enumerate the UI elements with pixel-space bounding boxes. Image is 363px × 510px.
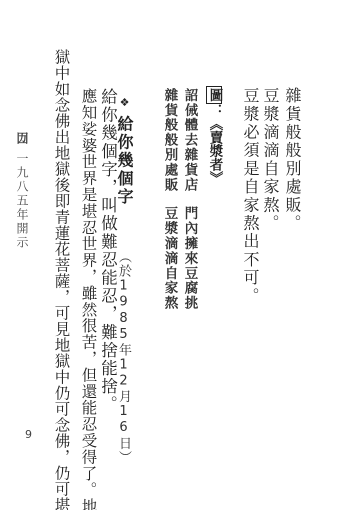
running-head-mark-icon: 㘞 (16, 132, 28, 146)
running-head-title: 一九八五年開示 (15, 152, 29, 250)
paragraph-1: 給你幾個字，叫做難忍能忍，難捨能捨。 (99, 88, 116, 414)
image-caption-label: 圖：《賣漿者》 (206, 86, 222, 185)
verse-line-2: 豆漿滴滴自家熬。 (262, 87, 278, 233)
running-head: 㘞一九八五年開示 (16, 132, 28, 250)
caption-line-1-part-2: 門內擁來豆腐挑 (182, 206, 198, 310)
caption-line-2-part-2: 豆漿滴滴自家熬 (162, 206, 178, 310)
date-note: （於1985年12月16日） (117, 250, 130, 465)
page-number: 9 (25, 428, 32, 441)
diamond-bullet-icon: ❖ (119, 96, 130, 111)
verse-line-1: 雜貨般般別處販。 (284, 87, 300, 233)
caption-line-1-part-1: 詔㑘體去雜貨店 (182, 88, 198, 192)
image-label-box: 圖 (206, 86, 222, 104)
image-caption-line-2: 雜貨般般別處販豆漿滴滴自家熬 (162, 88, 176, 311)
paragraph-2-line-1: 應知娑婆世界是堪忍世界，雖然很苦，但還能忍受得了。地 (80, 88, 96, 510)
section-heading: ❖給你幾個字 (116, 96, 132, 206)
image-caption-line-1: 詔㑘體去雜貨店門內擁來豆腐挑 (182, 88, 196, 311)
paragraph-2-line-2: 獄中如念佛出地獄後即青蓮花菩薩，可見地獄中仍可念佛，仍可堪 (53, 49, 69, 510)
caption-line-2-part-1: 雜貨般般別處販 (162, 88, 178, 192)
image-label-title: ：《賣漿者》 (207, 104, 223, 185)
verse-line-3: 豆漿必須是自家熬出不可。 (242, 87, 258, 305)
